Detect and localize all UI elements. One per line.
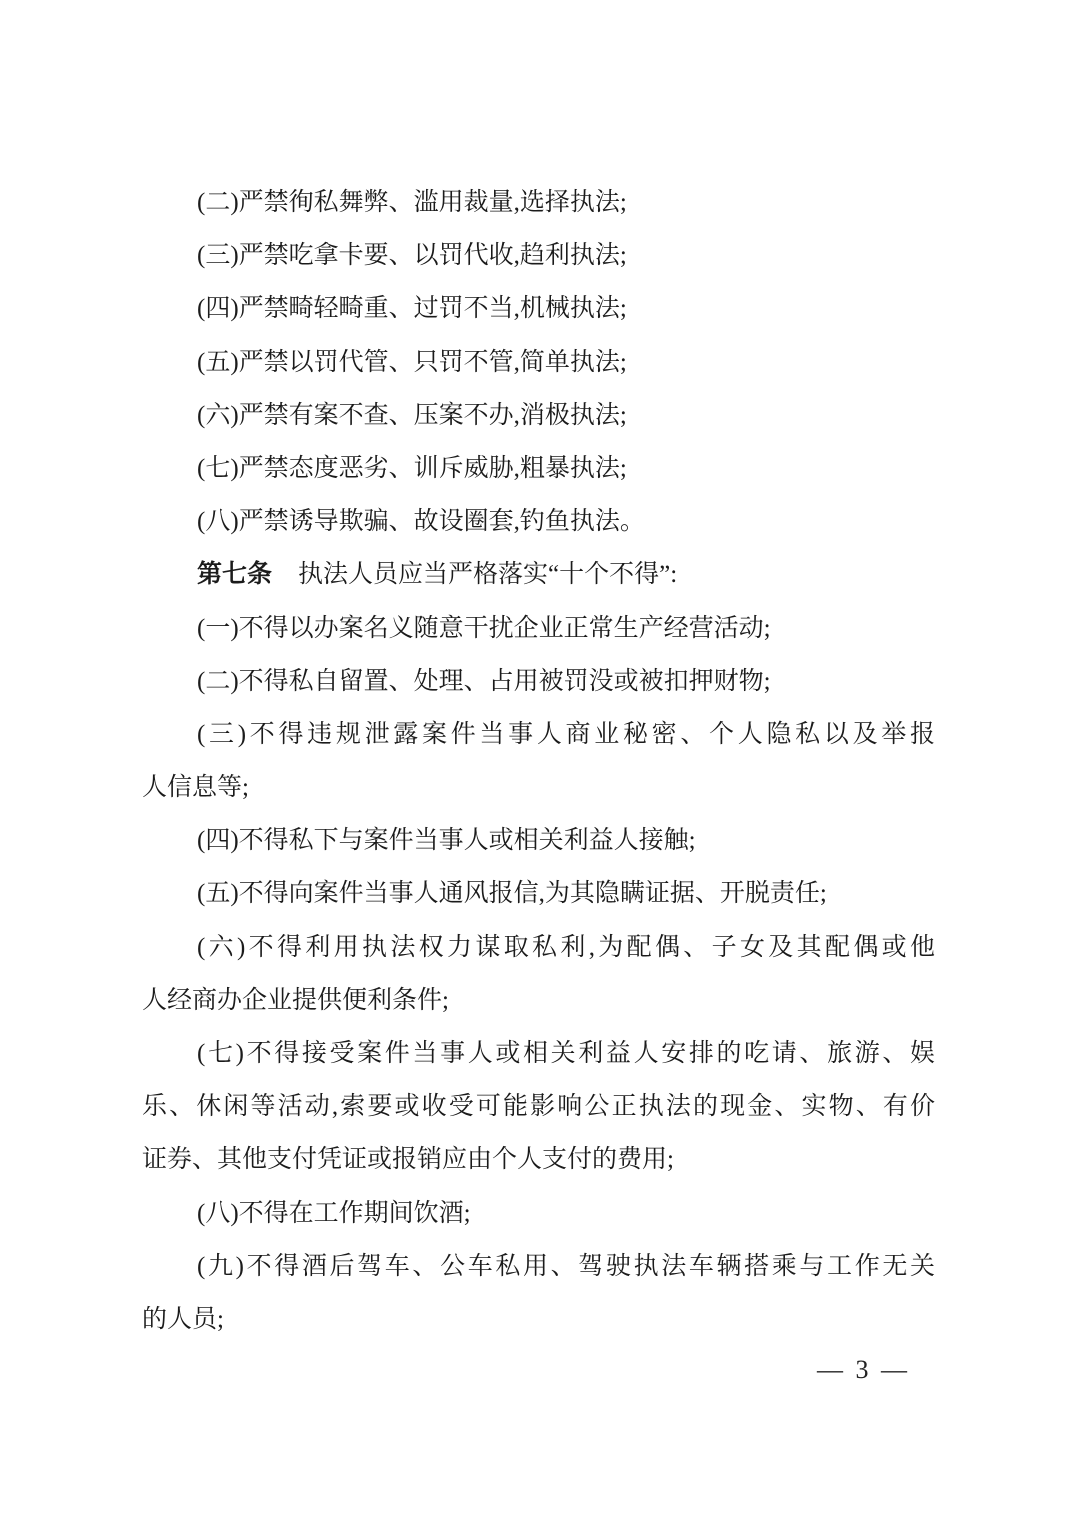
article-number-heading: 第七条 — [197, 560, 272, 588]
text-line: (八)不得在工作期间饮酒; — [142, 1187, 935, 1240]
text-line: (五)严禁以罚代管、只罚不管,简单执法; — [142, 336, 935, 389]
text-line: (六)严禁有案不查、压案不办,消极执法; — [142, 389, 935, 442]
text-line: 证券、其他支付凭证或报销应由个人支付的费用; — [142, 1133, 935, 1186]
text-line: (七)严禁态度恶劣、训斥威胁,粗暴执法; — [142, 442, 935, 495]
text-line: 的人员; — [142, 1293, 935, 1346]
text-line: 乐、休闲等活动,索要或收受可能影响公正执法的现金、实物、有价 — [142, 1080, 935, 1133]
document-body: (二)严禁徇私舞弊、滥用裁量,选择执法;(三)严禁吃拿卡要、以罚代收,趋利执法;… — [142, 176, 935, 1346]
text-line: (三)严禁吃拿卡要、以罚代收,趋利执法; — [142, 229, 935, 282]
text-line: (八)严禁诱导欺骗、故设圈套,钓鱼执法。 — [142, 495, 935, 548]
text-line: (六)不得利用执法权力谋取私利,为配偶、子女及其配偶或他 — [142, 921, 935, 974]
text-line: (五)不得向案件当事人通风报信,为其隐瞒证据、开脱责任; — [142, 867, 935, 920]
text-line: (九)不得酒后驾车、公车私用、驾驶执法车辆搭乘与工作无关 — [142, 1240, 935, 1293]
page-number: — 3 — — [817, 1355, 910, 1384]
text-line: (一)不得以办案名义随意干扰企业正常生产经营活动; — [142, 602, 935, 655]
text-line: (七)不得接受案件当事人或相关利益人安排的吃请、旅游、娱 — [142, 1027, 935, 1080]
text-line: (四)严禁畸轻畸重、过罚不当,机械执法; — [142, 282, 935, 335]
text-line: (四)不得私下与案件当事人或相关利益人接触; — [142, 814, 935, 867]
document-page: (二)严禁徇私舞弊、滥用裁量,选择执法;(三)严禁吃拿卡要、以罚代收,趋利执法;… — [0, 0, 1074, 1520]
text-line: (二)不得私自留置、处理、占用被罚没或被扣押财物; — [142, 655, 935, 708]
text-line: 人经商办企业提供便利条件; — [142, 974, 935, 1027]
article-heading-text: 执法人员应当严格落实“十个不得”: — [298, 561, 677, 588]
text-line: (二)严禁徇私舞弊、滥用裁量,选择执法; — [142, 176, 935, 229]
text-line: 第七条执法人员应当严格落实“十个不得”: — [142, 548, 935, 601]
text-line: 人信息等; — [142, 761, 935, 814]
page-footer: — 3 — — [817, 1346, 910, 1394]
text-line: (三)不得违规泄露案件当事人商业秘密、个人隐私以及举报 — [142, 708, 935, 761]
